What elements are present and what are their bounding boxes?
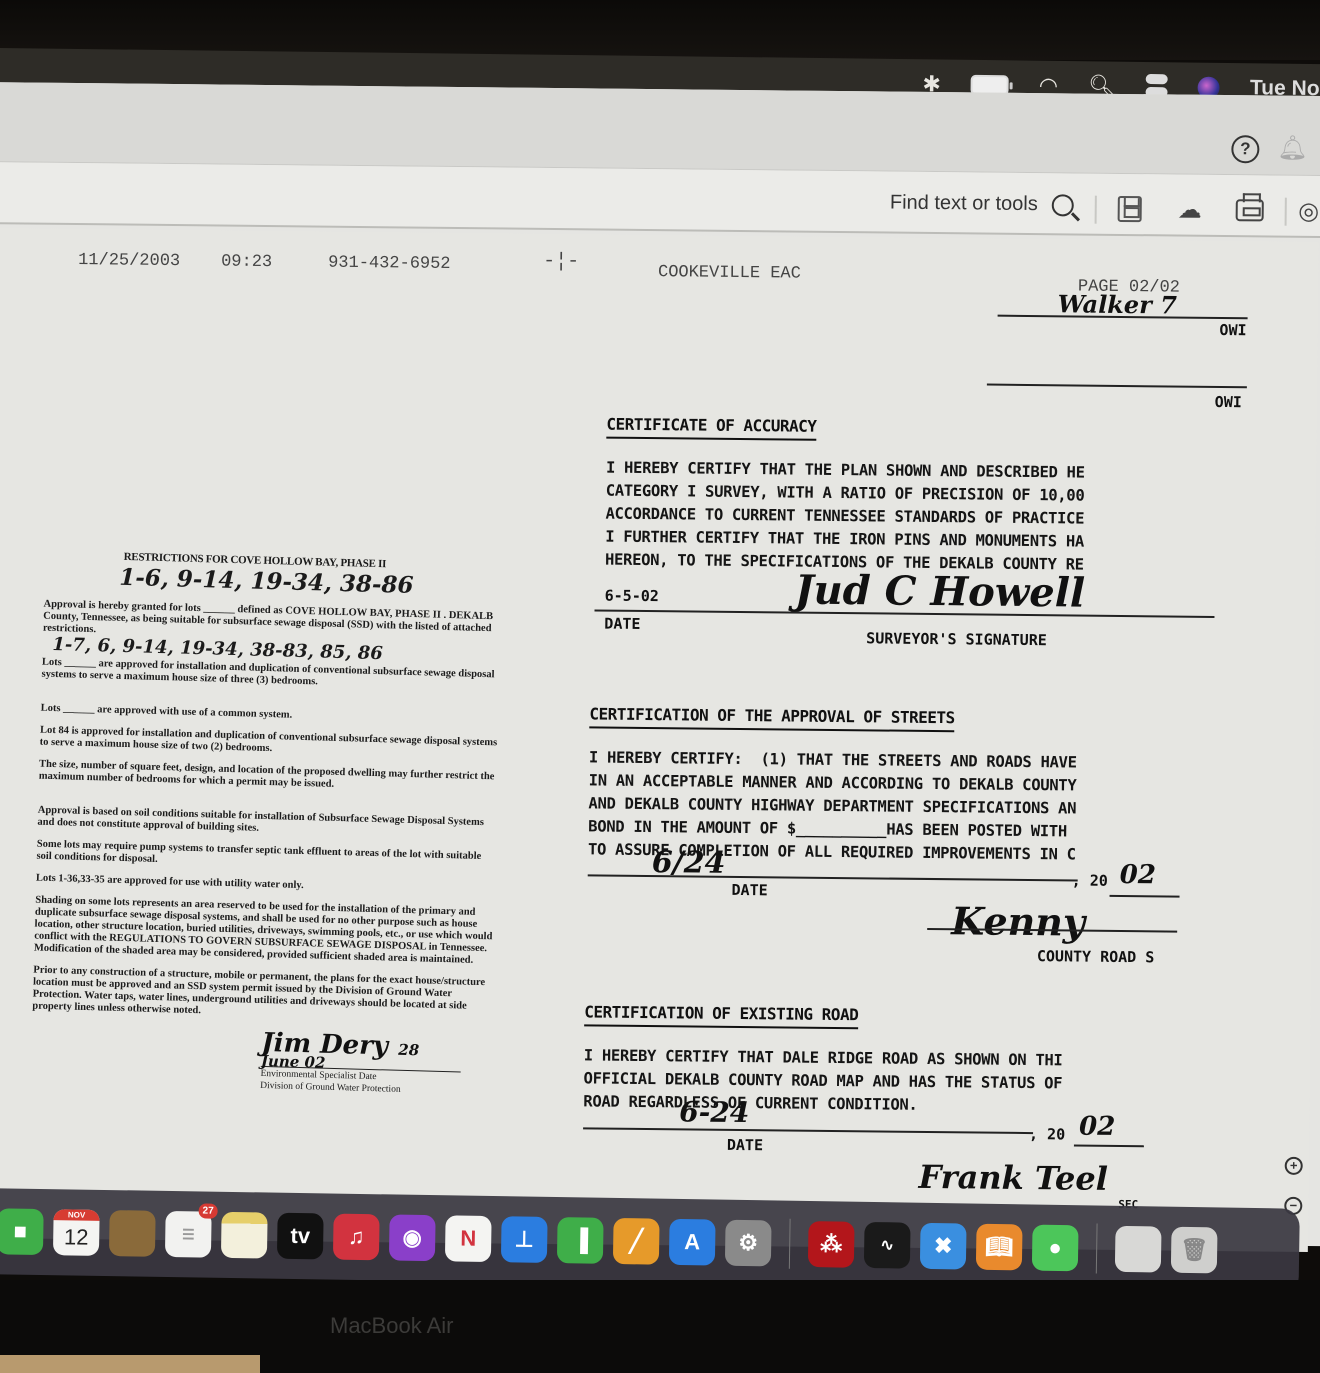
streets-year-prefix: , 20 [1072, 871, 1108, 889]
accuracy-date-label: DATE [604, 615, 640, 633]
restrictions-p3: Lots ______ are approved with use of a c… [40, 703, 500, 728]
zoom-in-icon[interactable]: + [1285, 1157, 1303, 1175]
restrictions-p5: The size, number of square feet, design,… [39, 759, 499, 796]
approval-of-streets-title: CERTIFICATION OF THE APPROVAL OF STREETS [589, 704, 955, 732]
dock-pages[interactable]: ╱ [613, 1218, 660, 1265]
dock-downloads[interactable] [1115, 1226, 1162, 1273]
print-icon[interactable] [1236, 195, 1264, 225]
streets-year-line [1110, 895, 1180, 898]
existing-road-year-handwritten: 02 [1079, 1112, 1115, 1142]
dock-acrobat[interactable]: ⁂ [808, 1221, 855, 1268]
acrobat-icon: ⁂ [820, 1231, 842, 1257]
toolbar-divider [1285, 198, 1287, 226]
dock-keynote[interactable]: ⊥ [501, 1216, 548, 1263]
calendar-month: NOV [54, 1209, 100, 1221]
dock-numbers[interactable]: ▐ [557, 1217, 604, 1264]
restrictions-p8: Lots 1-36,33-35 are approved for use wit… [36, 873, 496, 898]
document-page: 11/25/2003 09:23 931-432-6952 -¦- COOKEV… [0, 228, 1318, 1252]
dock-divider [789, 1219, 791, 1269]
fax-phone: 931-432-6952 [328, 254, 451, 274]
environmental-specialist-signature-block: Jim Dery 28 June 02 Environmental Specia… [260, 1037, 461, 1098]
streets-year-handwritten: 02 [1120, 860, 1156, 890]
search-icon[interactable] [1052, 194, 1074, 216]
dock-app-store[interactable]: A [669, 1219, 716, 1266]
accuracy-date-value: 6-5-02 [605, 587, 659, 606]
pen-icon: ╱ [629, 1228, 643, 1254]
music-note-icon: ♫ [348, 1224, 365, 1250]
find-text-or-tools[interactable]: Find text or tools [890, 192, 1074, 217]
dock-calendar[interactable]: NOV 12 [53, 1209, 100, 1256]
reminders-badge: 27 [198, 1203, 217, 1218]
dock-messages[interactable]: ● [1032, 1225, 1079, 1272]
dock-podcasts[interactable]: ◉ [389, 1214, 436, 1261]
find-placeholder: Find text or tools [890, 192, 1038, 217]
save-icon[interactable] [1116, 194, 1144, 224]
news-icon: N [460, 1226, 476, 1252]
acrobat-window: ? 🔔︎ Find text or tools ☁︎ ◎ 11/25/2003 … [0, 82, 1320, 1246]
macbook-label: MacBook Air [330, 1313, 454, 1339]
dock-reminders[interactable]: ☰ 27 [165, 1211, 212, 1258]
restrictions-p6: Approval is based on soil conditions sui… [37, 805, 497, 842]
chat-bubble-icon: ● [1048, 1235, 1062, 1261]
county-road-signature: Kenny [951, 898, 1085, 944]
bell-icon[interactable]: 🔔︎ [1277, 134, 1303, 164]
apple-tv-label: tv [290, 1223, 310, 1249]
dock-tv[interactable]: tv [277, 1213, 324, 1260]
certificate-of-accuracy-body: I HEREBY CERTIFY THAT THE PLAN SHOWN AND… [605, 457, 1246, 584]
dock-stocks[interactable]: ∿ [864, 1222, 911, 1269]
help-icon[interactable]: ? [1231, 135, 1259, 163]
dock-contacts[interactable] [109, 1210, 156, 1257]
restrictions-p7: Some lots may require pump systems to tr… [36, 839, 496, 876]
dock-music[interactable]: ♫ [333, 1214, 380, 1261]
podcast-icon: ◉ [402, 1225, 422, 1251]
stock-chart-icon: ∿ [880, 1235, 894, 1255]
owner-label-1: OWI [1219, 321, 1246, 339]
existing-road-signature: Frank Teel [918, 1158, 1108, 1198]
existing-road-year-line [1074, 1145, 1144, 1148]
dock-books[interactable]: 📖︎ [976, 1224, 1023, 1271]
account-icon[interactable]: ◎ [1295, 196, 1320, 226]
book-icon: 📖︎ [985, 1234, 1013, 1260]
existing-road-date-handwritten: 6-24 [679, 1095, 749, 1129]
dock-trash[interactable]: 🗑︎ [1171, 1227, 1218, 1274]
gear-icon: ⚙ [738, 1230, 758, 1256]
restrictions-p10: Prior to any construction of a structure… [32, 965, 493, 1026]
fax-sender: COOKEVILLE EAC [658, 263, 801, 283]
streets-date-label: DATE [731, 881, 767, 899]
app-store-icon: A [684, 1229, 700, 1255]
dock-notes[interactable] [221, 1212, 268, 1259]
owner-label-2: OWI [1215, 393, 1242, 411]
dock-facetime[interactable]: ■ [0, 1208, 44, 1255]
video-camera-icon: ■ [13, 1219, 27, 1245]
fax-date: 11/25/2003 [78, 251, 180, 271]
fax-time: 09:23 [221, 253, 272, 273]
certificate-of-accuracy-title: CERTIFICATE OF ACCURACY [606, 415, 816, 441]
existing-road-title: CERTIFICATION OF EXISTING ROAD [584, 1002, 858, 1029]
dock-divider [1096, 1224, 1098, 1274]
restrictions-p4: Lot 84 is approved for installation and … [40, 725, 500, 762]
restrictions-block: RESTRICTIONS FOR COVE HOLLOW BAY, PHASE … [30, 549, 505, 1099]
calendar-day: 12 [64, 1224, 89, 1250]
trash-icon: 🗑︎ [1180, 1237, 1208, 1263]
podium-icon: ⊥ [514, 1226, 534, 1252]
surveyor-signature: Jud C Howell [794, 567, 1085, 617]
desk-surface [0, 1355, 260, 1373]
tools-icon: ✖ [934, 1233, 953, 1259]
restrictions-p9: Shading on some lots represents an area … [34, 895, 495, 968]
dock-system-settings[interactable]: ⚙ [725, 1220, 772, 1267]
existing-road-date-label: DATE [727, 1136, 763, 1154]
owner-line-2 [987, 384, 1247, 389]
surveyor-signature-label: SURVEYOR'S SIGNATURE [866, 629, 1047, 649]
bar-chart-icon: ▐ [572, 1227, 588, 1253]
toolbar: Find text or tools ☁︎ ◎ [0, 162, 1320, 238]
existing-road-year-prefix: , 20 [1029, 1125, 1065, 1143]
existing-road-date-line [583, 1127, 1033, 1134]
crosshair-mark: -¦- [543, 250, 579, 273]
app-header: ? 🔔︎ [0, 82, 1320, 176]
dock-news[interactable]: N [445, 1215, 492, 1262]
upload-cloud-icon[interactable]: ☁︎ [1176, 195, 1204, 225]
dock-utilities[interactable]: ✖ [920, 1223, 967, 1270]
county-road-label: COUNTY ROAD S [1037, 947, 1155, 966]
toolbar-divider [1095, 196, 1097, 224]
